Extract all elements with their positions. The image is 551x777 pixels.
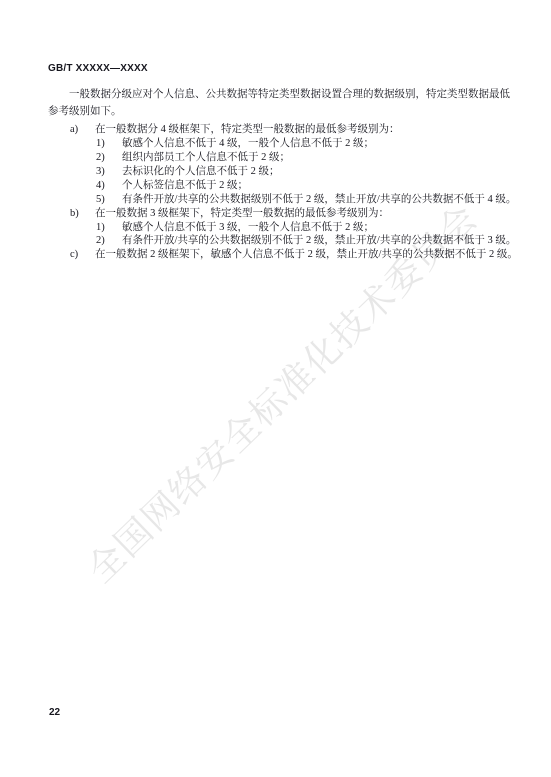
list-subitem-a1: 1) 敏感个人信息不低于 4 级，一般个人信息不低于 2 级； <box>48 137 508 151</box>
list-subitem-a4: 4) 个人标签信息不低于 2 级； <box>48 179 508 193</box>
list-item-text: 个人标签信息不低于 2 级； <box>122 179 248 193</box>
list-marker: c) <box>70 248 95 262</box>
list-item-text: 在一般数据 3 级框架下，特定类型一般数据的最低参考级别为： <box>95 207 389 221</box>
list-item-text: 去标识化的个人信息不低于 2 级； <box>122 165 280 179</box>
body-text: 一般数据分级应对个人信息、公共数据等特定类型数据设置合理的数据级别，特定类型数据… <box>48 87 508 262</box>
list-marker: 2) <box>96 234 122 248</box>
list-marker: b) <box>70 207 95 221</box>
list-item-b: b) 在一般数据 3 级框架下，特定类型一般数据的最低参考级别为： <box>48 207 508 221</box>
list-marker: 2) <box>96 151 122 165</box>
list-marker: 3) <box>96 165 122 179</box>
list-item-text: 有条件开放/共享的公共数据级别不低于 2 级，禁止开放/共享的公共数据不低于 4… <box>122 193 516 207</box>
ordered-list: a) 在一般数据分 4 级框架下，特定类型一般数据的最低参考级别为： 1) 敏感… <box>48 123 508 262</box>
list-subitem-a5: 5) 有条件开放/共享的公共数据级别不低于 2 级，禁止开放/共享的公共数据不低… <box>48 193 508 207</box>
list-marker: 5) <box>96 193 122 207</box>
list-item-c: c) 在一般数据 2 级框架下，敏感个人信息不低于 2 级，禁止开放/共享的公共… <box>48 248 508 262</box>
list-item-text: 敏感个人信息不低于 4 级，一般个人信息不低于 2 级； <box>122 137 374 151</box>
list-item-a: a) 在一般数据分 4 级框架下，特定类型一般数据的最低参考级别为： <box>48 123 508 137</box>
list-marker: a) <box>70 123 95 137</box>
list-item-text: 组织内部员工个人信息不低于 2 级； <box>122 151 290 165</box>
intro-paragraph-line: 参考级别如下。 <box>48 104 508 121</box>
list-subitem-b1: 1) 敏感个人信息不低于 3 级，一般个人信息不低于 2 级； <box>48 221 508 235</box>
list-item-text: 在一般数据 2 级框架下，敏感个人信息不低于 2 级，禁止开放/共享的公共数据不… <box>95 248 518 262</box>
document-page: 全国网络安全标准化技术委员会 GB/T XXXXX—XXXX 一般数据分级应对个… <box>0 0 551 777</box>
list-marker: 1) <box>96 137 122 151</box>
intro-paragraph-line: 一般数据分级应对个人信息、公共数据等特定类型数据设置合理的数据级别，特定类型数据… <box>48 87 508 104</box>
intro-paragraph: 一般数据分级应对个人信息、公共数据等特定类型数据设置合理的数据级别，特定类型数据… <box>48 87 508 120</box>
list-item-text: 在一般数据分 4 级框架下，特定类型一般数据的最低参考级别为： <box>95 123 400 137</box>
list-marker: 4) <box>96 179 122 193</box>
list-marker: 1) <box>96 221 122 235</box>
standard-code-header: GB/T XXXXX—XXXX <box>48 63 148 74</box>
list-item-text: 敏感个人信息不低于 3 级，一般个人信息不低于 2 级； <box>122 221 374 235</box>
list-item-text: 有条件开放/共享的公共数据级别不低于 2 级，禁止开放/共享的公共数据不低于 3… <box>122 234 516 248</box>
page-number: 22 <box>49 707 60 718</box>
list-subitem-a3: 3) 去标识化的个人信息不低于 2 级； <box>48 165 508 179</box>
list-subitem-b2: 2) 有条件开放/共享的公共数据级别不低于 2 级，禁止开放/共享的公共数据不低… <box>48 234 508 248</box>
list-subitem-a2: 2) 组织内部员工个人信息不低于 2 级； <box>48 151 508 165</box>
